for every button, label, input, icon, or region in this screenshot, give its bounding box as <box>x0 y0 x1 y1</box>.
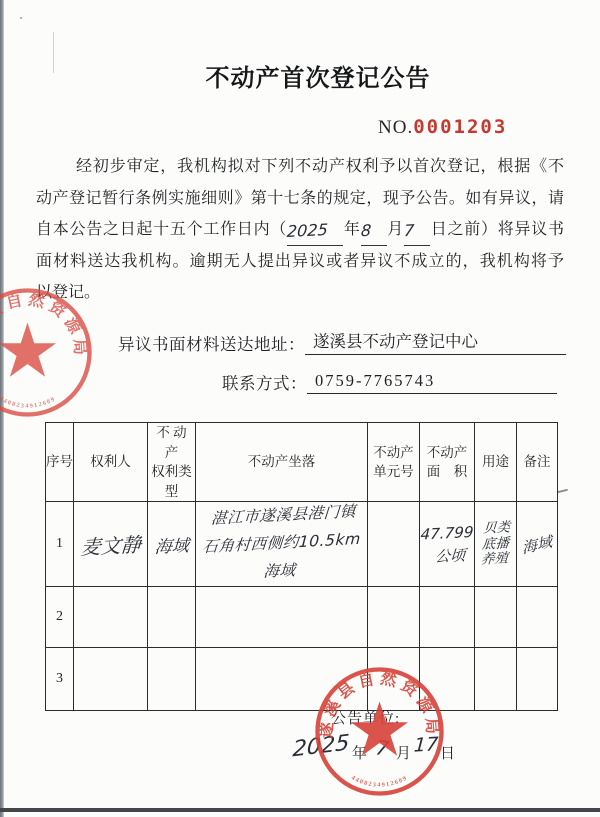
row2-area <box>420 586 475 647</box>
contact-label: 联系方式： <box>222 370 307 394</box>
row1-seq: 1 <box>46 502 74 587</box>
deadline-day-blank: 7 <box>404 221 430 246</box>
row1-type-handwritten: 海域 <box>154 531 190 558</box>
footer-day-handwritten: 17 <box>414 734 438 757</box>
row3-right-type <box>148 647 196 710</box>
scanned-announcement-page: { "page": { "title": "不动产首次登记公告", "no_la… <box>0 0 600 817</box>
objection-address-label: 异议书面材料送达地址： <box>118 331 305 355</box>
row1-use: 贝类 底播 养殖 <box>475 502 517 587</box>
table-header-row: 序号 权利人 不 动 产 权利类型 不动产坐落 不动产 单元号 不动产 面 积 … <box>46 423 558 502</box>
footer-day-label: 日 <box>440 742 455 763</box>
row1-owner-handwritten: 麦文静 <box>79 528 141 560</box>
row1-note: 海域 <box>517 502 558 587</box>
scan-scratch <box>53 32 54 73</box>
scan-edge-bottom <box>0 808 600 812</box>
row1-right-type: 海域 <box>148 502 196 587</box>
body-line-2: 动产登记暂行条例实施细则》第十七条的规定，现予公告。如有异议，请 <box>36 183 564 215</box>
row3-seq: 3 <box>46 647 74 710</box>
row3-use <box>475 647 517 710</box>
deadline-day-handwritten: 7 <box>403 220 415 241</box>
table-row: 3 <box>46 647 558 710</box>
row2-use <box>475 586 517 647</box>
row3-owner <box>74 647 148 710</box>
body-line-3-suffix: 日之前）将异议书 <box>430 221 564 238</box>
header-unit-no: 不动产 单元号 <box>368 423 420 502</box>
deadline-year-label: 年 <box>343 221 360 238</box>
scan-edge-left <box>0 0 4 817</box>
body-line-5: 以登记。 <box>36 277 564 309</box>
header-note: 备注 <box>517 423 558 502</box>
header-area: 不动产 面 积 <box>420 423 475 502</box>
row1-unit-no <box>368 502 420 587</box>
svg-text:4408234912609: 4408234912609 <box>0 395 57 409</box>
deadline-month-handwritten: 8 <box>360 220 372 241</box>
pen-mark <box>557 489 568 494</box>
seal-ring <box>0 291 90 415</box>
body-line-4: 面材料送达我机构。逾期无人提出异议或者异议不成立的，我机构将予 <box>36 246 564 278</box>
header-seq: 序号 <box>46 423 74 502</box>
header-location: 不动产坐落 <box>196 423 368 502</box>
registration-table: 序号 权利人 不 动 产 权利类型 不动产坐落 不动产 单元号 不动产 面 积 … <box>45 422 558 711</box>
body-line-1: 经初步审定，我机构拟对下列不动产权利予以首次登记，根据《不 <box>36 151 564 183</box>
table-row: 2 <box>46 586 558 647</box>
contact-value: 0759-7765743 <box>307 371 557 394</box>
footer-year-handwritten: 2025 <box>293 733 349 759</box>
row1-area: 47.7990 公顷 <box>420 502 475 587</box>
footer-year-label: 年 <box>352 742 367 763</box>
row1-note-handwritten: 海域 <box>521 530 554 558</box>
row3-unit-no <box>368 647 420 710</box>
seal-code-left: 4408234912609 <box>0 395 57 409</box>
row3-location <box>196 647 368 710</box>
table-row: 1 麦文静 海域 湛江市遂溪县港门镇 石角村西侧约10.5km海域 47.799… <box>46 502 558 587</box>
objection-address-value: 遂溪县不动产登记中心 <box>305 328 566 355</box>
row2-owner <box>74 586 148 647</box>
contact-line: 联系方式： 0759-7765743 <box>222 370 557 394</box>
row1-use-handwritten: 贝类 底播 养殖 <box>480 520 510 568</box>
body-line-3: 自本公告之日起十五个工作日内（2025年8月7日之前）将异议书 <box>36 214 564 246</box>
header-right-type: 不 动 产 权利类型 <box>148 423 196 502</box>
page-title: 不动产首次登记公告 <box>206 58 431 93</box>
row2-seq: 2 <box>46 586 74 647</box>
deadline-month-label: 月 <box>387 221 404 238</box>
serial-number-value: 0001203 <box>413 116 507 138</box>
row3-area <box>420 647 475 710</box>
row2-right-type <box>148 586 196 647</box>
footer-month-label: 月 <box>396 742 411 763</box>
deadline-month-blank: 8 <box>361 221 387 246</box>
svg-text:4408234912609: 4408234912609 <box>350 774 409 788</box>
seal-star-icon <box>0 322 56 376</box>
row1-owner: 麦文静 <box>74 502 148 587</box>
objection-address-line: 异议书面材料送达地址： 遂溪县不动产登记中心 <box>118 328 566 355</box>
row1-area-handwritten: 47.7990 公顷 <box>420 520 475 568</box>
serial-number: NO. 0001203 <box>378 116 507 139</box>
footer-month-handwritten: 7 <box>376 736 389 761</box>
row2-location <box>196 586 368 647</box>
row2-unit-no <box>368 586 420 647</box>
row3-note <box>517 647 558 710</box>
announcement-body: 经初步审定，我机构拟对下列不动产权利予以首次登记，根据《不 动产登记暂行条例实施… <box>36 151 564 309</box>
seal-code-bottom: 4408234912609 <box>350 774 409 788</box>
announcing-unit-label: 公告单位: <box>331 707 400 728</box>
header-owner: 权利人 <box>74 423 148 502</box>
serial-number-label: NO. <box>378 117 413 139</box>
row1-location: 湛江市遂溪县港门镇 石角村西侧约10.5km海域 <box>196 502 368 587</box>
header-use: 用途 <box>475 423 517 502</box>
scan-dot <box>20 17 22 19</box>
row1-location-handwritten: 湛江市遂溪县港门镇 石角村西侧约10.5km海域 <box>196 502 368 587</box>
row2-note <box>517 586 558 647</box>
deadline-year-blank: 2025 <box>287 221 343 246</box>
deadline-year-handwritten: 2025 <box>286 219 328 241</box>
body-line-3-prefix: 自本公告之日起十五个工作日内（ <box>36 221 287 238</box>
